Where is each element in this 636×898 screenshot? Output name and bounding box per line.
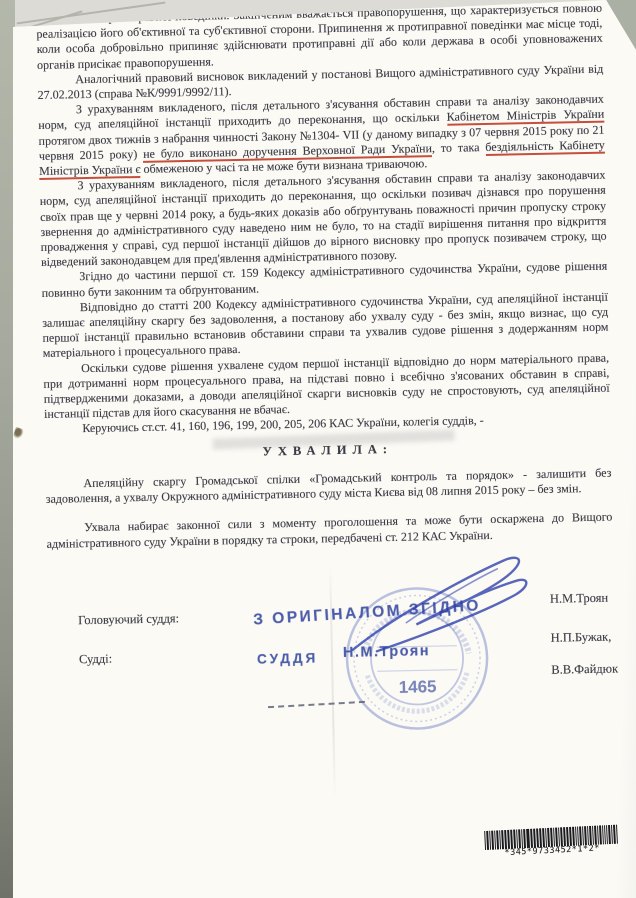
body-paragraph: З урахуванням викладеного, після детальн…: [39, 168, 607, 271]
ruling-paragraph: Апеляційну скаргу Громадської спілки «Гр…: [45, 465, 611, 507]
staple-mark: [12, 427, 24, 440]
court-decision-page: припинення протиправної поведінки. Закін…: [0, 0, 636, 898]
body-paragraph: Оскільки судове рішення ухвалене судом п…: [43, 350, 610, 422]
judge-signature-name: Н.М.Троян: [550, 591, 609, 607]
ruling-paragraph: Ухвала набирає законної сили з моменту п…: [46, 510, 612, 552]
page-crease: [329, 566, 336, 798]
printed-content: припинення протиправної поведінки. Закін…: [36, 1, 620, 892]
body-paragraph-underlined: З урахуванням викладеного, після детальн…: [38, 92, 605, 179]
judge-signature-name: В.В.Файдюк: [551, 661, 618, 678]
scanner-background-left: [0, 0, 15, 898]
seal-number: 1465: [399, 677, 437, 697]
judge-signature-name: Н.П.Бужак,: [551, 630, 612, 646]
judges-label: Судді:: [79, 652, 112, 668]
barcode: *345*9733452*1*2*: [472, 824, 631, 860]
judge-role-stamp: СУДДЯ: [257, 650, 319, 666]
underlying-page-corner-line: [17, 2, 166, 25]
judge-signature-squiggle: [345, 550, 537, 668]
scanned-court-document: { "document": { "paragraphs": [ {"indent…: [0, 0, 636, 898]
presiding-judge-label: Головуючий суддя:: [78, 611, 179, 628]
body-paragraph: Відповідно до статті 200 Кодексу адмініс…: [42, 289, 609, 361]
